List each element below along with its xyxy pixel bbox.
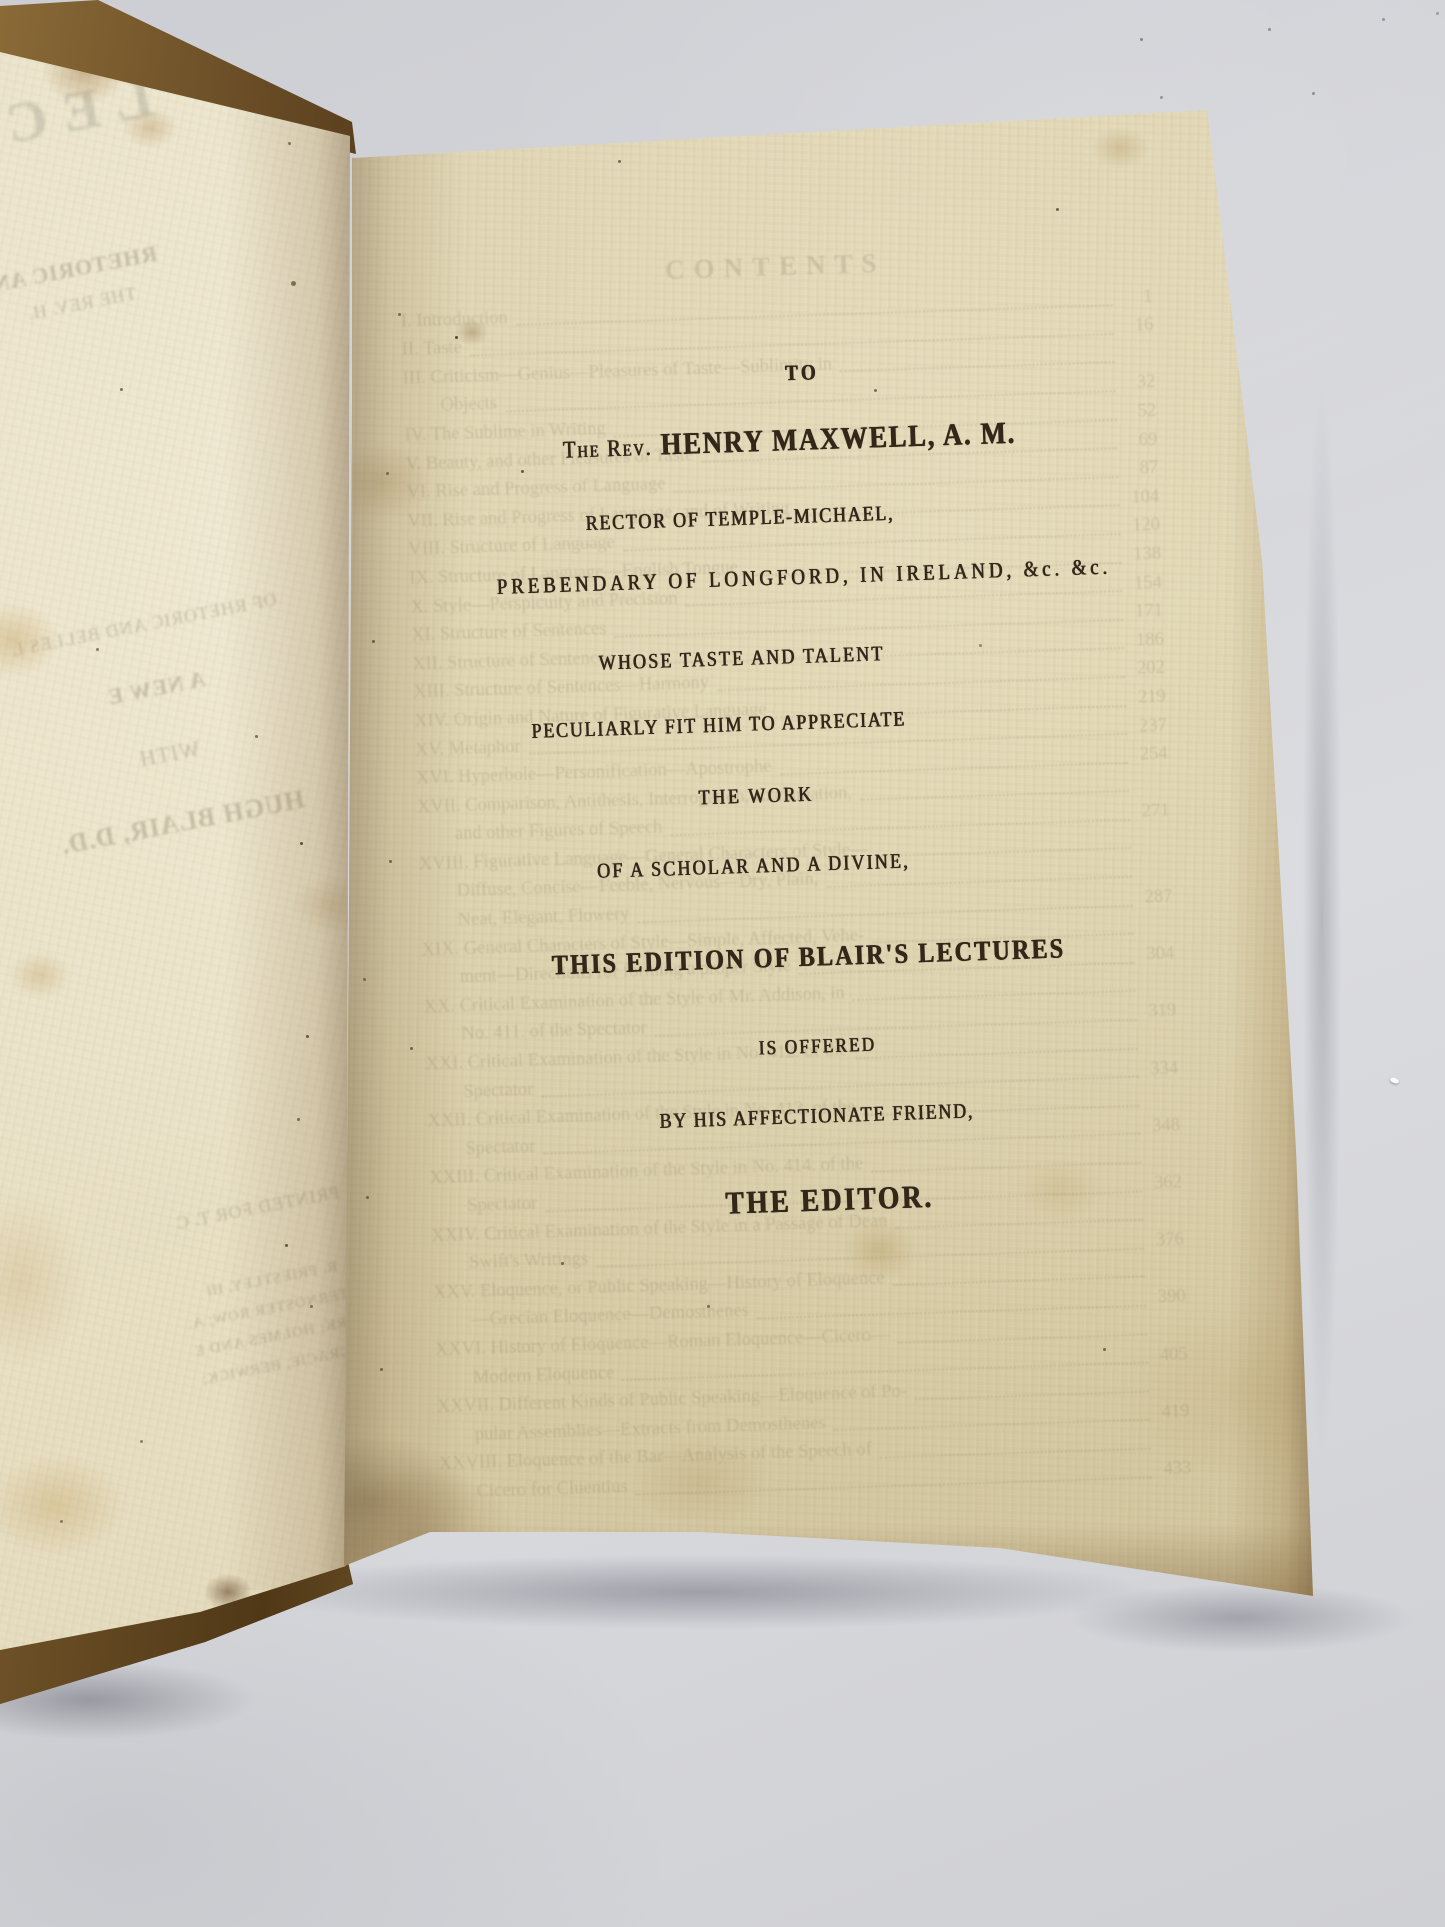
left-page-fold-shading — [225, 60, 355, 1590]
right-page-specks — [455, 336, 458, 339]
photo-open-antique-book: LECTRHETORIC ANTHE REV. H.OF RHETORIC AN… — [0, 0, 1445, 1927]
left-page-specks — [300, 842, 303, 845]
